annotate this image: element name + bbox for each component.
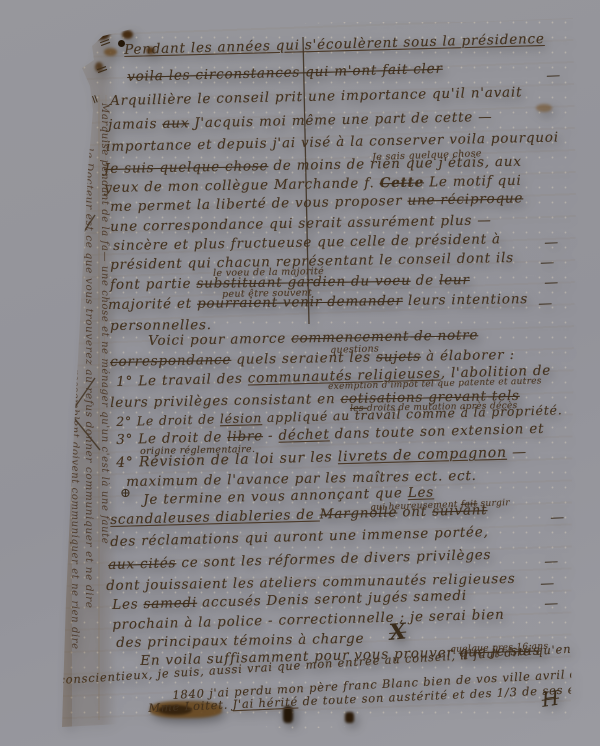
edge-dash: — [540, 255, 555, 271]
handwritten-text: majorité et [108, 296, 197, 313]
pen-strokes-overlay [0, 0, 600, 746]
interline-insertion: questions [330, 343, 379, 356]
manuscript-line: 2° Le droit de lésion appliqué au travai… [116, 402, 563, 429]
handwritten-text: 1° Le travail des [116, 371, 248, 390]
handwritten-text: le voeu de la majorité [213, 266, 324, 279]
margin-slash-mark [60, 215, 95, 268]
margin-note: pour Discortes d'un proposite occupé de … [54, 245, 65, 628]
manuscript-line: Pendant les années qui s'écoulèrent sous… [124, 31, 545, 58]
struck-text: Margnolle [319, 504, 397, 522]
handwritten-text: importance et depuis j'ai visé à la cons… [106, 130, 559, 155]
handwritten-text: communautés religieuses [248, 366, 441, 387]
handwritten-text: de [411, 272, 440, 288]
interline-insertion: exemption d'impôt tel que patente et aut… [328, 376, 542, 392]
struck-text: Je suis quelque chose [104, 158, 268, 177]
manuscript-line: maximum de l'avance par les maîtres ect.… [126, 468, 477, 490]
manuscript-line: importance et depuis j'ai visé à la cons… [106, 130, 559, 155]
struck-text: leur [439, 272, 470, 288]
struck-text: que je suis [459, 643, 541, 661]
handwritten-text: jamais [108, 116, 163, 133]
manuscript-line: des principaux témoins à charge [116, 631, 364, 651]
handwritten-text: peut être souvent [222, 287, 312, 300]
paper-smudge [536, 104, 552, 112]
handwritten-text: leurs privilèges consistant en [110, 391, 341, 411]
manuscript-line: En voila suffisamment pour vous prouver … [140, 643, 541, 669]
margin-crease-line [104, 95, 106, 420]
manuscript-line: aux cités ce sont les réformes de divers… [108, 547, 492, 573]
handwritten-text: J'ai hérité [232, 694, 298, 711]
struck-text: cotisations grevant [340, 388, 487, 407]
handwritten-text: Le motif qui [424, 173, 522, 191]
handwritten-text: personnelles. [110, 317, 212, 334]
struck-text: pourraient venir demander [197, 293, 403, 312]
manuscript-line: conscientieux, je suis, aussi vrai que m… [58, 642, 572, 687]
interline-insertion: Je sais quelque chose [372, 148, 482, 163]
edge-dash: — [550, 510, 565, 526]
handwritten-text: des principaux témoins à charge [116, 631, 364, 651]
handwritten-text: 4° Révision de la loi sur les [116, 449, 338, 471]
edge-dash: — [538, 296, 553, 312]
struck-text: Cette [379, 174, 424, 191]
handwritten-text: questions [330, 343, 379, 356]
margin-cross-out-mark [42, 378, 100, 455]
handwritten-text: quelque pres 16 ans [450, 642, 548, 655]
struck-text: commencement de notre [291, 327, 478, 346]
struck-text: tels [487, 388, 520, 405]
edge-dash: — [540, 576, 555, 592]
handwritten-text: surgir [477, 498, 510, 509]
struck-text: une réciproque [407, 190, 523, 208]
manuscript-line: jamais aux J'acquis moi même une part de… [108, 109, 493, 133]
handwritten-text: ont [397, 504, 432, 521]
manuscript-line: me permet la liberté de vous proposer un… [110, 190, 523, 215]
manuscript-line: majorité et pourraient venir demander le… [108, 291, 528, 313]
handwritten-text: lésion [220, 410, 263, 426]
edge-dash: — [546, 68, 561, 84]
handwritten-text: Voici pour amorce [148, 331, 291, 349]
manuscript-line: Je termine en vous annonçant que Les [143, 484, 434, 508]
handwritten-text: sincère et plus fructueuse que celle de … [113, 231, 501, 254]
struck-text: les [350, 404, 367, 414]
handwritten-text: des réclamations qui auront une immense … [110, 524, 489, 550]
manuscript-line: 1° Le travail des communautés religieuse… [116, 363, 551, 390]
handwritten-text: scandaleuses diableries de [110, 507, 320, 528]
manuscript-page-wrap: Pendant les années qui s'écoulèrent sous… [0, 0, 600, 746]
struck-text: sujets [376, 349, 421, 366]
handwritten-text: Arquillière le conseil prit une importan… [110, 84, 522, 109]
manuscript-line: prochain à la police - correctionnelle ;… [112, 607, 505, 633]
interline-insertion: peut être souvent [222, 287, 312, 300]
handwritten-text: à élaborer : [421, 347, 515, 365]
struck-text: aux cités [108, 555, 176, 573]
handwritten-text: origine réglementaire. [140, 444, 255, 457]
handwritten-text: - [263, 428, 279, 444]
edge-dash: — [544, 554, 559, 570]
ink-stain [345, 712, 354, 723]
margin-note: le Docteur est ce que vous trouverez au … [83, 148, 95, 609]
interline-insertion: origine réglementaire. [140, 444, 255, 457]
handwritten-text: exemption d'impôt tel que patente et aut… [328, 376, 542, 392]
struck-text: samedi [143, 595, 197, 612]
ink-stain [104, 48, 117, 56]
handwritten-text: une correspondance qui serait assurément… [110, 212, 492, 235]
manuscript-line: Arquillière le conseil prit une importan… [110, 84, 522, 109]
handwritten-text: président qui chacun représentant le con… [110, 250, 514, 273]
handwritten-text: Je sais quelque chose [372, 148, 482, 163]
handwritten-text: Pendant les années qui s'écoulèrent sous… [124, 31, 545, 58]
manuscript-line: dont jouissaient les ateliers communauté… [106, 571, 516, 594]
edge-dash: — [544, 596, 559, 612]
handwritten-text: Je termine en vous annonçant que [143, 485, 408, 508]
handwritten-text: 2° Le droit de [116, 411, 220, 429]
caret-mark: = [96, 32, 114, 53]
manuscript-page: Pendant les années qui s'écoulèrent sous… [0, 0, 600, 746]
margin-note: consécutive à M. farel a été une occasio… [39, 418, 50, 681]
margin-caret-mark: = [87, 92, 104, 106]
ink-stain [122, 30, 133, 39]
struck-text: aux [162, 115, 189, 132]
section-mark: ⊕ [120, 486, 131, 501]
ink-stain [283, 706, 293, 723]
handwritten-text: J'acquis moi même une part de cette — [189, 109, 493, 131]
manuscript-line: font partie substituant gardien du voeu … [110, 272, 470, 293]
handwritten-text: quels seraient les [231, 349, 376, 368]
edge-dash: — [544, 275, 559, 291]
handwritten-text: 1840 j'ai perdu mon père franc Blanc bie… [172, 663, 600, 702]
handwritten-text: appliqué au travail comme à la propriété… [262, 402, 563, 425]
manuscript-line: président qui chacun représentant le con… [110, 250, 514, 273]
margin-note: Marquise pendant de la fa— une chose et … [99, 103, 110, 544]
handwritten-text: maximum de l'avance par les maîtres ect.… [126, 468, 477, 490]
handwritten-text: livrets de compagnon [338, 445, 507, 465]
ink-stain [95, 62, 103, 72]
ink-stain [158, 705, 192, 715]
handwritten-text: — [507, 444, 527, 461]
ink-stain [118, 40, 125, 47]
ink-stain [146, 47, 155, 54]
manuscript-line: des réclamations qui auront une immense … [110, 524, 489, 550]
handwritten-text: Mme Loitet. [148, 697, 233, 715]
struck-text: voila les circonstances qui m'ont fait c… [127, 61, 443, 85]
center-fold-line [303, 37, 309, 324]
interline-insertion: le voeu de la majorité [213, 266, 324, 279]
handwritten-text: conscientieux, je suis, aussi vrai que m… [58, 642, 572, 687]
manuscript-line: une correspondance qui serait assurément… [110, 212, 492, 235]
struck-text: suivant [432, 502, 488, 519]
ink-stain [92, 27, 110, 40]
interline-insertion: quelque pres 16 ans [450, 642, 548, 655]
handwritten-text: droits de mutation après décès [367, 401, 518, 414]
edge-dash: — [544, 235, 559, 251]
manuscript-line: voila les circonstances qui m'ont fait c… [127, 61, 443, 85]
manuscript-line: Mme Loitet. J'ai hérité de toute son aus… [148, 680, 600, 715]
manuscript-line: 3° Le droit de libre - déchet dans toute… [116, 421, 545, 448]
handwritten-text: 3° Le droit de [116, 429, 227, 448]
handwritten-text: En voila suffisamment pour vous prouver [140, 645, 459, 669]
manuscript-line: Je suis quelque chose de moins de rien q… [104, 154, 522, 177]
handwritten-text: ce sont les réformes de divers privilège… [176, 547, 491, 571]
handwritten-text: leurs intentions [403, 291, 528, 309]
handwritten-text: de moins de rien que j'étais, aux [268, 154, 522, 174]
handwritten-text: , l'abolition de [441, 363, 552, 382]
handwritten-text: prochain à la police - correctionnelle ;… [112, 607, 505, 633]
struck-text: correspondance [110, 352, 231, 370]
struck-text: libre [227, 428, 263, 445]
handwritten-text: dont jouissaient les ateliers communauté… [106, 571, 516, 594]
handwritten-text: qui heureusement [370, 500, 461, 513]
handwritten-text: dans toute son extension et [329, 421, 544, 443]
handwritten-text: accusés Denis seront jugés samedi [197, 588, 467, 611]
handwritten-text: déchet [278, 426, 330, 443]
handwritten-text: Les [408, 484, 435, 501]
struck-text: fait [461, 499, 478, 510]
ink-stain [150, 701, 222, 718]
manuscript-line: Les samedi accusés Denis seront jugés sa… [112, 588, 467, 613]
handwritten-text: me permet la liberté de vous proposer [110, 193, 408, 215]
manuscript-line: correspondance quels seraient les sujets… [110, 347, 515, 370]
manuscript-line: 4° Révision de la loi sur les livrets de… [116, 444, 527, 471]
charge-cross-mark: X [388, 619, 407, 646]
handwritten-text: de toute son austérité et des 1/3 de ses… [298, 680, 600, 709]
handwritten-text: Les [112, 596, 144, 613]
manuscript-line: personnelles. [110, 317, 212, 334]
manuscript-line: yeux de mon collègue Marchande f. Cette … [104, 173, 522, 196]
manuscript-line: scandaleuses diableries de Margnolle ont… [110, 502, 488, 528]
caret-mark: = [93, 59, 111, 80]
interline-insertion: les droits de mutation après décès [350, 401, 518, 414]
manuscript-line: Voici pour amorce commencement de notre [148, 327, 478, 349]
manuscript-line: leurs privilèges consistant en cotisatio… [110, 388, 520, 411]
manuscript-line: 1840 j'ai perdu mon père franc Blanc bie… [172, 663, 600, 702]
struck-text: substituant gardien du voeu [196, 273, 410, 292]
margin-note: vos discours occupations vous ressemblen… [69, 195, 80, 650]
initial-mark: H [540, 686, 561, 712]
handwritten-text: font partie [110, 276, 197, 293]
manuscript-line: sincère et plus fructueuse que celle de … [113, 231, 501, 254]
interline-insertion: qui heureusement fait surgir [370, 498, 510, 513]
handwritten-text: yeux de mon collègue Marchande f. [104, 175, 380, 196]
